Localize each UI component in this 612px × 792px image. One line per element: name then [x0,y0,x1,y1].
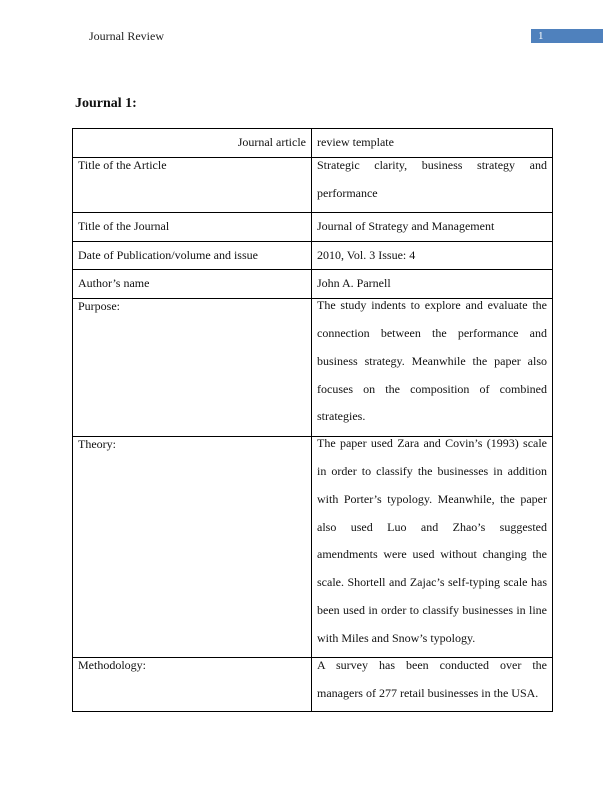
row-label: Purpose: [73,299,312,437]
table-row: Purpose: The study indents to explore an… [73,299,553,437]
journal-heading: Journal 1: [75,96,137,112]
row-value-text: The study indents to explore and evaluat… [317,292,547,431]
header-left-text: Journal article [78,129,306,157]
page-number: 1 [531,29,603,43]
row-label: Methodology: [73,658,312,712]
row-label-text: Theory: [78,437,306,451]
table-row: Theory: The paper used Zara and Covin’s … [73,437,553,658]
row-label-text: Date of Publication/volume and issue [78,242,306,270]
row-value-text: Strategic clarity, business strategy and… [317,151,547,207]
table-row: Title of the Article Strategic clarity, … [73,157,553,212]
row-value-text: The paper used Zara and Covin’s (1993) s… [317,430,547,652]
row-value: The study indents to explore and evaluat… [312,299,553,437]
row-label: Title of the Article [73,157,312,212]
table-row: Date of Publication/volume and issue 201… [73,241,553,270]
row-value-text: A survey has been conducted over the man… [317,651,547,707]
journal-review-table: Journal article review template Title of… [72,128,553,712]
row-value: The paper used Zara and Covin’s (1993) s… [312,437,553,658]
row-label: Theory: [73,437,312,658]
row-value: Strategic clarity, business strategy and… [312,157,553,212]
row-label-text: Author’s name [78,270,306,298]
table-row: Methodology: A survey has been conducted… [73,658,553,712]
row-label-text: Title of the Journal [78,213,306,241]
row-label-text: Purpose: [78,299,306,313]
running-head: Journal Review [89,29,164,43]
row-value: Journal of Strategy and Management [312,212,553,241]
row-label: Title of the Journal [73,212,312,241]
row-value: A survey has been conducted over the man… [312,658,553,712]
row-value-text: Journal of Strategy and Management [317,213,547,241]
row-label: Author’s name [73,270,312,299]
row-label: Date of Publication/volume and issue [73,241,312,270]
table-header-left: Journal article [73,129,312,158]
row-label-text: Title of the Article [78,158,306,172]
table-row: Title of the Journal Journal of Strategy… [73,212,553,241]
row-value: 2010, Vol. 3 Issue: 4 [312,241,553,270]
row-value-text: 2010, Vol. 3 Issue: 4 [317,242,547,270]
row-label-text: Methodology: [78,658,306,672]
